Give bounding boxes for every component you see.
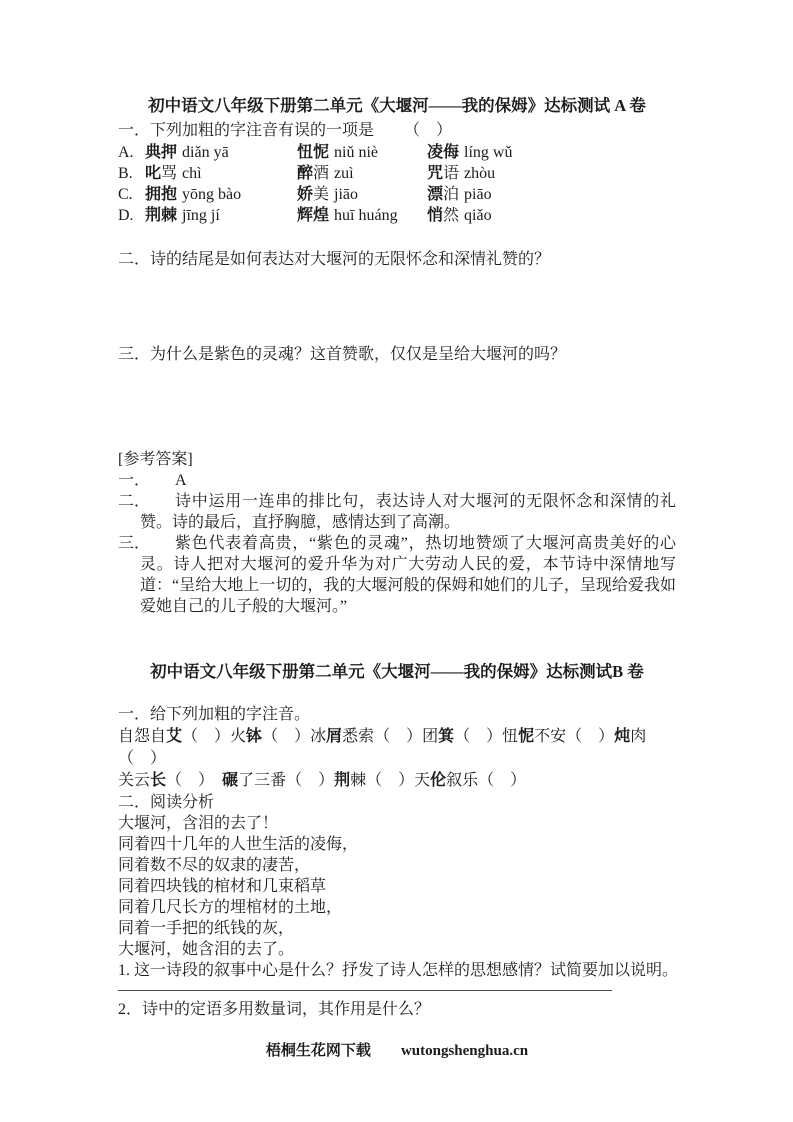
option-label-b: B. (118, 163, 145, 184)
footer-site-name: 梧桐生花网下载 (266, 1041, 371, 1062)
test-a-title: 初中语文八年级下册第二单元《大堰河——我的保姆》达标测试 A 卷 (118, 95, 676, 116)
word-pinyin-item: 拥抱yōng bào (145, 184, 297, 205)
pinyin: líng wǔ (464, 144, 512, 161)
test-b-title: 初中语文八年级下册第二单元《大堰河——我的保姆》达标测试B 卷 (118, 661, 676, 682)
poem-line: 同着四十几年的人世生活的凌侮， (118, 834, 676, 855)
word-pinyin-item: 典押diǎn yā (145, 142, 297, 163)
pinyin: zhòu (464, 165, 495, 182)
bold-word: 怩 (518, 728, 534, 745)
bold-word: 箕 (438, 728, 454, 745)
normal-word: 骂 (161, 165, 177, 182)
page-footer: 梧桐生花网下载 wutongshenghua.cn (118, 1041, 676, 1062)
text-run: 叙乐（ ） (446, 772, 526, 789)
answer-item-3: 三． 紫色代表着高贵，“紫色的灵魂”，热切地赞颂了大堰河高贵美好的心灵。诗人把对… (118, 533, 676, 617)
footer-site-url: wutongshenghua.cn (401, 1041, 528, 1062)
pinyin: diǎn yā (182, 144, 229, 161)
word-pinyin-item: 忸怩niǔ niè (297, 142, 427, 163)
bold-word: 悄 (427, 207, 443, 224)
option-row-d: D. 荆棘jīng jí 辉煌huī huáng 悄然qiǎo (118, 205, 676, 226)
text-run: （ ）冰 (262, 728, 326, 745)
option-label-c: C. (118, 184, 145, 205)
poem-line: 同着数不尽的奴隶的凄苦， (118, 855, 676, 876)
poem-line: 同着一手把的纸钱的灰， (118, 918, 676, 939)
text-run: 肉 (630, 728, 646, 745)
word-pinyin-item: 醉酒zuì (297, 163, 427, 184)
option-label-d: D. (118, 205, 145, 226)
answer-item-2: 二． 诗中运用一连串的排比句，表达诗人对大堰河的无限怀念和深情的礼赞。诗的最后，… (118, 491, 676, 533)
answer-text-2: 诗中运用一连串的排比句，表达诗人对大堰河的无限怀念和深情的礼赞。诗的最后，直抒胸… (140, 491, 676, 533)
word-pinyin-item: 娇美jiāo (297, 184, 427, 205)
test-a-q1-answer-brackets: （ ） (404, 122, 452, 139)
bold-word: 咒 (427, 165, 443, 182)
test-b-subquestion-2: 2．诗中的定语多用数量词，其作用是什么？ (118, 999, 676, 1020)
pinyin: jiāo (334, 186, 358, 203)
test-a-q3: 三．为什么是紫色的灵魂？这首赞歌，仅仅是呈给大堰河的吗？ (118, 344, 676, 365)
bold-word: 伦 (430, 772, 446, 789)
word-pinyin-item: 咒语zhòu (427, 163, 495, 184)
poem-line: 大堰河，她含泪的去了。 (118, 939, 676, 960)
answer-label-2: 二． (118, 491, 150, 512)
document-page: 初中语文八年级下册第二单元《大堰河——我的保姆》达标测试 A 卷 一．下列加粗的… (0, 0, 793, 1122)
word-pinyin-item: 辉煌huī huáng (297, 205, 427, 226)
test-a-section: 初中语文八年级下册第二单元《大堰河——我的保姆》达标测试 A 卷 一．下列加粗的… (118, 95, 676, 617)
pinyin: qiǎo (464, 207, 492, 224)
pinyin: jīng jí (182, 207, 220, 224)
test-b-q1-line3: 关云长（ ） 碾了三番（ ）荆棘（ ）天伦叙乐（ ） (118, 770, 676, 791)
normal-word: 酒 (313, 165, 329, 182)
test-b-q1-line2: （ ） (118, 748, 676, 769)
pinyin: niǔ niè (334, 144, 378, 161)
test-b-q2-header: 二．阅读分析 (118, 792, 676, 813)
option-row-c: C. 拥抱yōng bào 娇美jiāo 漂泊piāo (118, 184, 676, 205)
answer-text-1: A (140, 470, 676, 491)
normal-word: 然 (443, 207, 459, 224)
text-run: （ ） (166, 772, 222, 789)
bold-word: 忸怩 (297, 144, 329, 161)
test-a-q1-prompt: 一．下列加粗的字注音有误的一项是 (118, 122, 374, 139)
option-label-a: A. (118, 142, 145, 163)
text-run: （ ）火 (182, 728, 246, 745)
poem-line: 大堰河，含泪的去了！ (118, 813, 676, 834)
answer-blank-line (118, 990, 612, 991)
text-run: 自怨自 (118, 728, 166, 745)
bold-word: 辉煌 (297, 207, 329, 224)
pinyin: zuì (334, 165, 354, 182)
normal-word: 美 (313, 186, 329, 203)
bold-word: 炖 (614, 728, 630, 745)
text-run: 棘（ ）天 (350, 772, 430, 789)
bold-word: 荆 (334, 772, 350, 789)
bold-word: 娇 (297, 186, 313, 203)
bold-word: 凌侮 (427, 144, 459, 161)
poem-line: 同着四块钱的棺材和几束稻草 (118, 876, 676, 897)
test-a-q2: 二．诗的结尾是如何表达对大堰河的无限怀念和深情礼赞的？ (118, 249, 676, 270)
poem-line: 同着几尺长方的埋棺材的土地， (118, 897, 676, 918)
test-b-q1-line1: 自怨自艾（ ）火钵（ ）冰屑悉索（ ）团箕（ ）忸怩不安（ ）炖肉 (118, 726, 676, 747)
test-b-section: 初中语文八年级下册第二单元《大堰河——我的保姆》达标测试B 卷 一．给下列加粗的… (118, 661, 676, 1020)
option-row-a: A. 典押diǎn yā 忸怩niǔ niè 凌侮líng wǔ (118, 142, 676, 163)
bold-word: 叱 (145, 165, 161, 182)
answer-label-1: 一． (118, 470, 150, 491)
word-pinyin-item: 凌侮líng wǔ (427, 142, 512, 163)
bold-word: 漂 (427, 186, 443, 203)
bold-word: 荆棘 (145, 207, 177, 224)
pinyin: piāo (464, 186, 492, 203)
pinyin: yōng bào (182, 186, 241, 203)
pinyin: chì (182, 165, 202, 182)
answers-header: [参考答案] (118, 449, 676, 470)
text-run: 悉索（ ）团 (342, 728, 438, 745)
normal-word: 语 (443, 165, 459, 182)
bold-word: 拥抱 (145, 186, 177, 203)
answer-item-1: 一． A (118, 470, 676, 491)
bold-word: 长 (150, 772, 166, 789)
bold-word: 艾 (166, 728, 182, 745)
text-run: 关云 (118, 772, 150, 789)
test-b-q1-prompt: 一．给下列加粗的字注音。 (118, 704, 676, 725)
test-b-subquestion-1: 1. 这一诗段的叙事中心是什么？抒发了诗人怎样的思想感情？试简要加以说明。 (118, 960, 676, 981)
word-pinyin-item: 悄然qiǎo (427, 205, 492, 226)
pinyin: huī huáng (334, 207, 398, 224)
word-pinyin-item: 叱骂chì (145, 163, 297, 184)
test-a-q1-prompt-row: 一．下列加粗的字注音有误的一项是 （ ） (118, 120, 676, 141)
bold-word: 碾 (222, 772, 238, 789)
bold-word: 钵 (246, 728, 262, 745)
answer-text-3: 紫色代表着高贵，“紫色的灵魂”，热切地赞颂了大堰河高贵美好的心灵。诗人把对大堰河… (140, 533, 676, 617)
text-run: 不安（ ） (534, 728, 614, 745)
bold-word: 屑 (326, 728, 342, 745)
word-pinyin-item: 漂泊piāo (427, 184, 492, 205)
answer-label-3: 三． (118, 533, 150, 554)
text-run: （ ）忸 (454, 728, 518, 745)
text-run: 了三番（ ） (238, 772, 334, 789)
option-row-b: B. 叱骂chì 醉酒zuì 咒语zhòu (118, 163, 676, 184)
bold-word: 醉 (297, 165, 313, 182)
bold-word: 典押 (145, 144, 177, 161)
normal-word: 泊 (443, 186, 459, 203)
word-pinyin-item: 荆棘jīng jí (145, 205, 297, 226)
